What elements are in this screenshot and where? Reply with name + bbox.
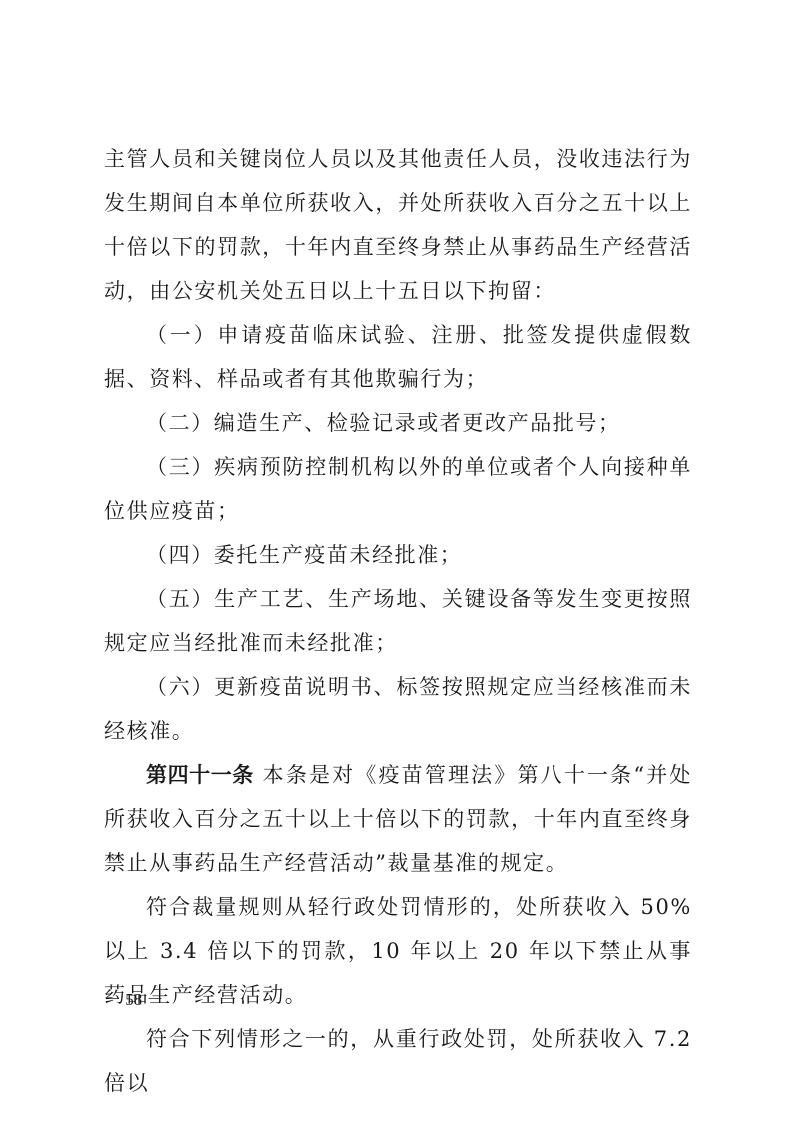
list-item-6: （六）更新疫苗说明书、标签按照规定应当经核准而未经核准。 xyxy=(104,665,692,753)
paragraph-continuation: 主管人员和关键岗位人员以及其他责任人员，没收违法行为发生期间自本单位所获收入，并… xyxy=(104,137,692,313)
article-heading: 第四十一条 xyxy=(146,763,254,787)
list-item-2: （二）编造生产、检验记录或者更改产品批号； xyxy=(104,401,692,445)
page-number: － 58 － xyxy=(104,985,164,1010)
lenient-penalty-paragraph: 符合裁量规则从轻行政处罚情形的，处所获收入 50%以上 3.4 倍以下的罚款，1… xyxy=(104,885,692,1017)
article-41-paragraph: 第四十一条 本条是对《疫苗管理法》第八十一条“并处所获收入百分之五十以上十倍以下… xyxy=(104,753,692,885)
list-item-1: （一）申请疫苗临床试验、注册、批签发提供虚假数据、资料、样品或者有其他欺骗行为； xyxy=(104,313,692,401)
severe-penalty-paragraph: 符合下列情形之一的，从重行政处罚，处所获收入 7.2 倍以 xyxy=(104,1017,692,1105)
list-item-3: （三）疾病预防控制机构以外的单位或者个人向接种单位供应疫苗； xyxy=(104,445,692,533)
list-item-5: （五）生产工艺、生产场地、关键设备等发生变更按照规定应当经批准而未经批准； xyxy=(104,577,692,665)
document-body: 主管人员和关键岗位人员以及其他责任人员，没收违法行为发生期间自本单位所获收入，并… xyxy=(104,137,692,1105)
list-item-4: （四）委托生产疫苗未经批准； xyxy=(104,533,692,577)
